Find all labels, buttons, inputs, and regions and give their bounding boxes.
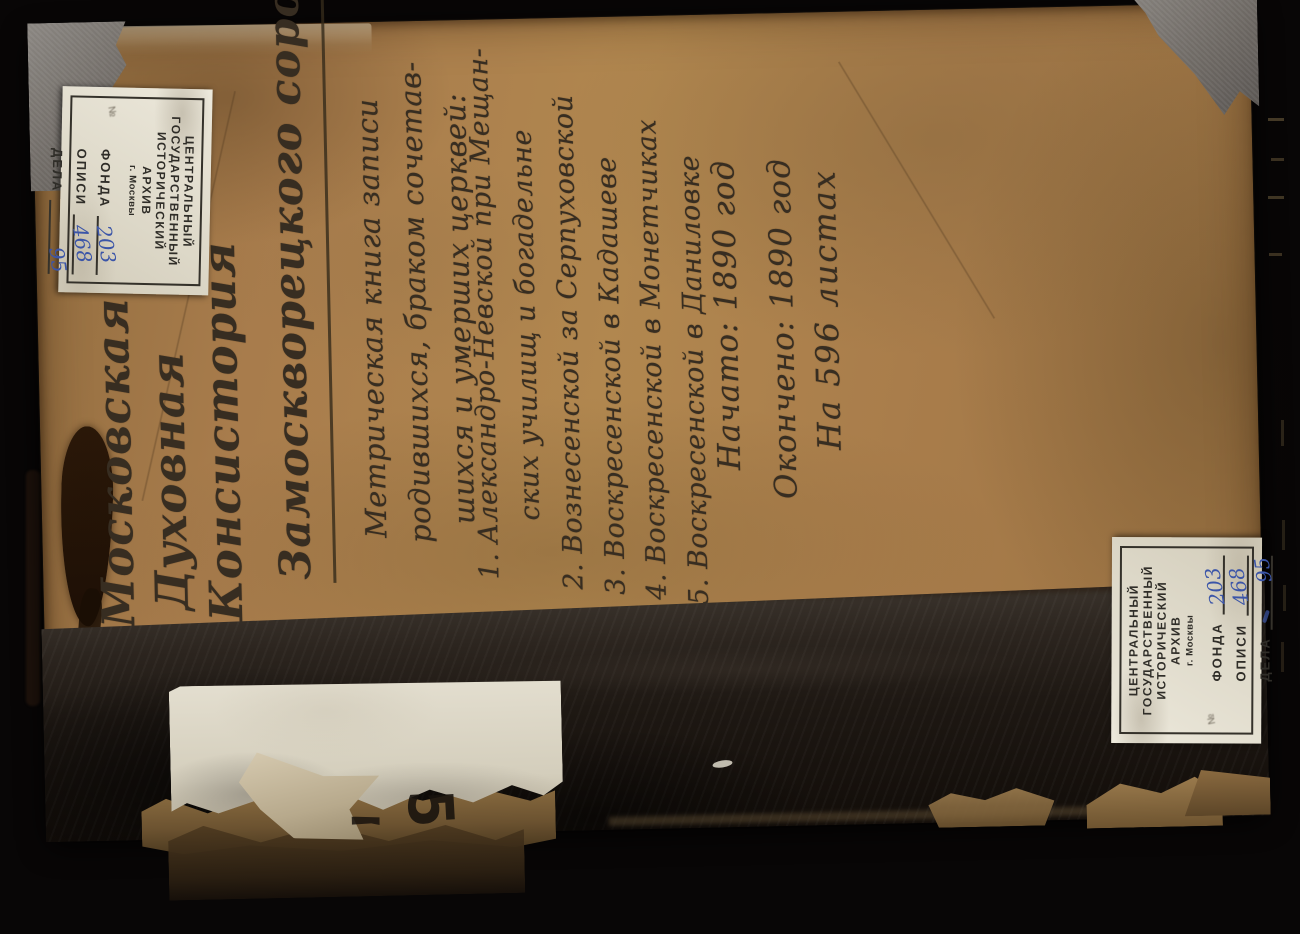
handwriting-owner-block: Московская Духовная Консистория (84, 241, 254, 628)
field-rule: 95 (48, 200, 70, 274)
book-cover: Московская Духовная Консистория Замоскво… (31, 3, 1266, 837)
edge-mark (1282, 520, 1285, 550)
paint-speck (712, 759, 733, 769)
field-label: ФОНДА (1209, 622, 1224, 681)
handwriting-dates-block: Начато: 1890 год Окончено: 1890 год (696, 158, 814, 471)
archive-org-line: ИСТОРИЧЕСКИЙ АРХИВ (137, 106, 169, 277)
background-edge-strip (26, 470, 40, 706)
field-row-opis: ОПИСИ 468 (72, 148, 99, 274)
page-count-text: На 596 листах (805, 169, 849, 451)
page-block-edge (109, 23, 371, 56)
field-row-delo: ДЕЛА 95 (1248, 556, 1273, 682)
handwriting-line: Московская (84, 243, 146, 628)
archive-label-border: ЦЕНТРАЛЬНЫЙ ГОСУДАРСТВЕННЫЙ ИСТОРИЧЕСКИЙ… (66, 95, 204, 286)
archive-field-rows: ФОНДА 203 ОПИСИ 468 ДЕЛА 95 (48, 148, 123, 276)
field-rule: 468 (1229, 556, 1249, 617)
edge-mark (1271, 158, 1284, 161)
field-value-handwritten: 95 (1249, 556, 1277, 585)
archive-stamp: № (105, 105, 118, 118)
archive-label-right: ЦЕНТРАЛЬНЫЙ ГОСУДАРСТВЕННЫЙ ИСТОРИЧЕСКИЙ… (1111, 537, 1262, 744)
handwriting-line: Консистория (192, 241, 254, 622)
archive-org-city: г. Москвы (1184, 555, 1196, 725)
field-row-opis: ОПИСИ 468 (1224, 555, 1249, 681)
field-label: ОПИСИ (73, 148, 89, 206)
edge-mark (1281, 642, 1284, 672)
archive-label-top-left: ЦЕНТРАЛЬНЫЙ ГОСУДАРСТВЕННЫЙ ИСТОРИЧЕСКИЙ… (58, 86, 212, 295)
field-row-delo: ДЕЛА 95 (48, 148, 75, 274)
torn-paper-label: 5 (130, 662, 565, 907)
field-label: ОПИСИ (1233, 624, 1248, 682)
field-label: ДЕЛА (50, 148, 66, 193)
edge-mark (1281, 420, 1284, 446)
scan-surface: Московская Духовная Консистория Замоскво… (0, 0, 1300, 934)
archive-label-paper: ЦЕНТРАЛЬНЫЙ ГОСУДАРСТВЕННЫЙ ИСТОРИЧЕСКИЙ… (58, 86, 212, 295)
field-row-fond: ФОНДА 203 (1200, 555, 1225, 681)
archive-stamp: № (1205, 713, 1218, 726)
field-label: ФОНДА (97, 149, 113, 209)
field-rule: 203 (96, 216, 117, 275)
archive-org-line: ЦЕНТРАЛЬНЫЙ (1126, 555, 1141, 725)
archive-org-line: ИСТОРИЧЕСКИЙ АРХИВ (1155, 555, 1184, 725)
handwriting-line: Духовная (138, 242, 200, 611)
date-started: Начато: 1890 год (696, 159, 759, 471)
field-label: ДЕЛА (1257, 637, 1272, 682)
archive-org-name: ЦЕНТРАЛЬНЫЙ ГОСУДАРСТВЕННЫЙ ИСТОРИЧЕСКИЙ… (125, 106, 198, 277)
handwriting-church-list: 1. Александро-Невской при Мещан- ских уч… (458, 43, 721, 580)
field-rule: 203 (1205, 555, 1225, 614)
handwriting-page-count: На 596 листах (805, 169, 849, 465)
digit-fragment: 5 (393, 788, 467, 830)
edge-mark (1283, 585, 1286, 611)
field-value-handwritten: 95 (45, 245, 72, 273)
edge-mark (1268, 118, 1284, 121)
edge-mark (1268, 196, 1284, 199)
edge-mark (1269, 253, 1282, 256)
archive-label-paper: ЦЕНТРАЛЬНЫЙ ГОСУДАРСТВЕННЫЙ ИСТОРИЧЕСКИЙ… (1111, 537, 1262, 744)
archive-org-line: ГОСУДАРСТВЕННЫЙ (1140, 555, 1155, 725)
field-row-fond: ФОНДА 203 (96, 149, 123, 275)
field-rule: 468 (72, 214, 93, 275)
archive-label-border: ЦЕНТРАЛЬНЫЙ ГОСУДАРСТВЕННЫЙ ИСТОРИЧЕСКИЙ… (1119, 546, 1254, 735)
archive-field-rows: ФОНДА 203 ОПИСИ 468 ДЕЛА 95 (1200, 555, 1273, 681)
archive-org-name: ЦЕНТРАЛЬНЫЙ ГОСУДАРСТВЕННЫЙ ИСТОРИЧЕСКИЙ… (1126, 555, 1196, 725)
field-value-handwritten: 468 (68, 223, 97, 264)
